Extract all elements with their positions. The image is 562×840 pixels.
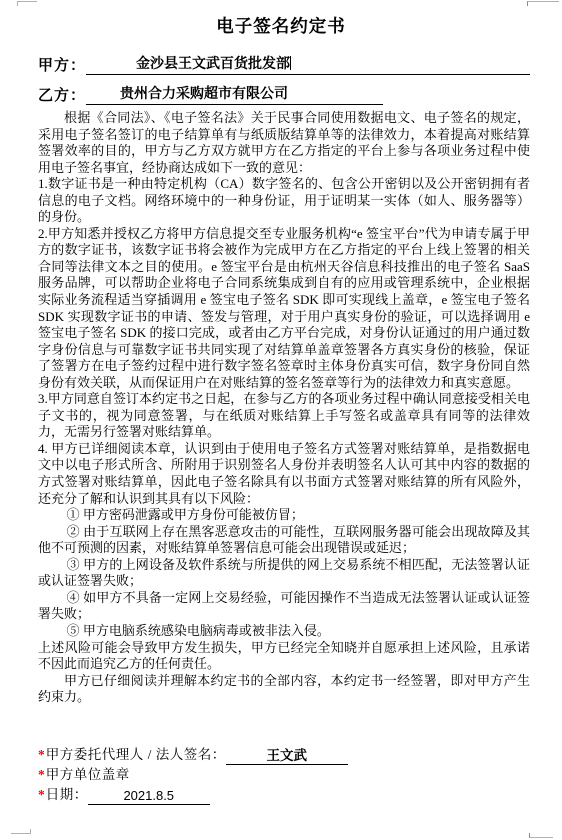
date-row: *日期：2021.8.5 xyxy=(38,785,348,805)
party-b-field[interactable]: 贵州合力采购超市有限公司 xyxy=(86,85,383,105)
body-paragraph: 上述风险可能会导致甲方发生损失，甲方已经完全知晓并自愿承担上述风险，且承诺不因此… xyxy=(38,640,530,673)
agreement-body: 根据《合同法》、《电子签名法》关于民事合同使用数据电文、电子签名的规定，采用电子… xyxy=(38,110,530,706)
signer-signature-field[interactable]: 王文武 xyxy=(226,747,348,765)
party-a-field[interactable]: 金沙县王文武百货批发部 xyxy=(86,55,530,75)
body-paragraph: ③ 甲方的上网设备及软件系统与所提供的网上交易系统不相匹配，无法签署认证或认证签… xyxy=(38,557,530,590)
body-paragraph: 4. 甲方已详细阅读本章，认识到由于使用电子签名方式签署对账结算单，是指数据电文… xyxy=(38,441,530,507)
signer-label: 甲方委托代理人 / 法人签名： xyxy=(46,747,226,762)
party-b-label: 乙方： xyxy=(38,84,86,105)
signer-name: 王文武 xyxy=(267,748,308,763)
required-asterisk: * xyxy=(38,767,45,782)
body-paragraph: ② 由于互联网上存在黑客恶意攻击的可能性，互联网服务器可能会出现故障及其他不可预… xyxy=(38,524,530,557)
margin-crop-mark-bottom-left xyxy=(11,829,31,834)
body-paragraph: 甲方已仔细阅读并理解本约定书的全部内容，本约定书一经签署，即对甲方产生约束力。 xyxy=(38,673,530,706)
required-asterisk: * xyxy=(38,787,45,802)
margin-crop-mark-top-right xyxy=(527,1,559,6)
body-paragraph: ⑤ 甲方电脑系统感染电脑病毒或被非法入侵。 xyxy=(38,623,530,640)
party-a-label: 甲方： xyxy=(38,54,86,75)
seal-row: *甲方单位盖章 xyxy=(38,765,348,785)
text-cursor xyxy=(290,56,291,70)
document-page: 电子签名约定书 甲方： 金沙县王文武百货批发部 乙方： 贵州合力采购超市有限公司… xyxy=(0,0,562,840)
body-paragraph: 2.甲方知悉并授权乙方将甲方信息提交至专业服务机构“e 签宝平台”代为申请专属于… xyxy=(38,226,530,391)
date-value: 2021.8.5 xyxy=(123,788,174,803)
margin-crop-mark-top-left xyxy=(17,1,37,6)
signer-row: *甲方委托代理人 / 法人签名：王文武 xyxy=(38,745,348,765)
party-a-row: 甲方： 金沙县王文武百货批发部 xyxy=(38,54,530,75)
body-paragraph: ④ 如甲方不具备一定网上交易经验，可能因操作不当造成无法签署认证或认证签署失败； xyxy=(38,590,530,623)
signature-block: *甲方委托代理人 / 法人签名：王文武 *甲方单位盖章 *日期：2021.8.5 xyxy=(38,745,348,805)
required-asterisk: * xyxy=(38,747,45,762)
party-b-value: 贵州合力采购超市有限公司 xyxy=(120,87,288,102)
body-paragraph: ① 甲方密码泄露或甲方身份可能被仿冒； xyxy=(38,507,530,524)
parties-section: 甲方： 金沙县王文武百货批发部 乙方： 贵州合力采购超市有限公司 xyxy=(38,54,530,105)
party-a-value: 金沙县王文武百货批发部 xyxy=(136,57,290,72)
party-b-row: 乙方： 贵州合力采购超市有限公司 xyxy=(38,84,530,105)
body-paragraph: 3.甲方同意自签订本约定书之日起，在参与乙方的各项业务过程中确认同意接受相关电子… xyxy=(38,391,530,441)
seal-label: 甲方单位盖章 xyxy=(46,767,130,782)
body-paragraph: 根据《合同法》、《电子签名法》关于民事合同使用数据电文、电子签名的规定，采用电子… xyxy=(38,110,530,176)
date-label: 日期： xyxy=(46,787,88,802)
date-field[interactable]: 2021.8.5 xyxy=(88,787,210,805)
page-title: 电子签名约定书 xyxy=(0,0,562,38)
body-paragraph: 1.数字证书是一种由特定机构（CA）数字签名的、包含公开密钥以及公开密钥拥有者信… xyxy=(38,176,530,226)
margin-crop-mark-bottom-right xyxy=(529,833,553,838)
